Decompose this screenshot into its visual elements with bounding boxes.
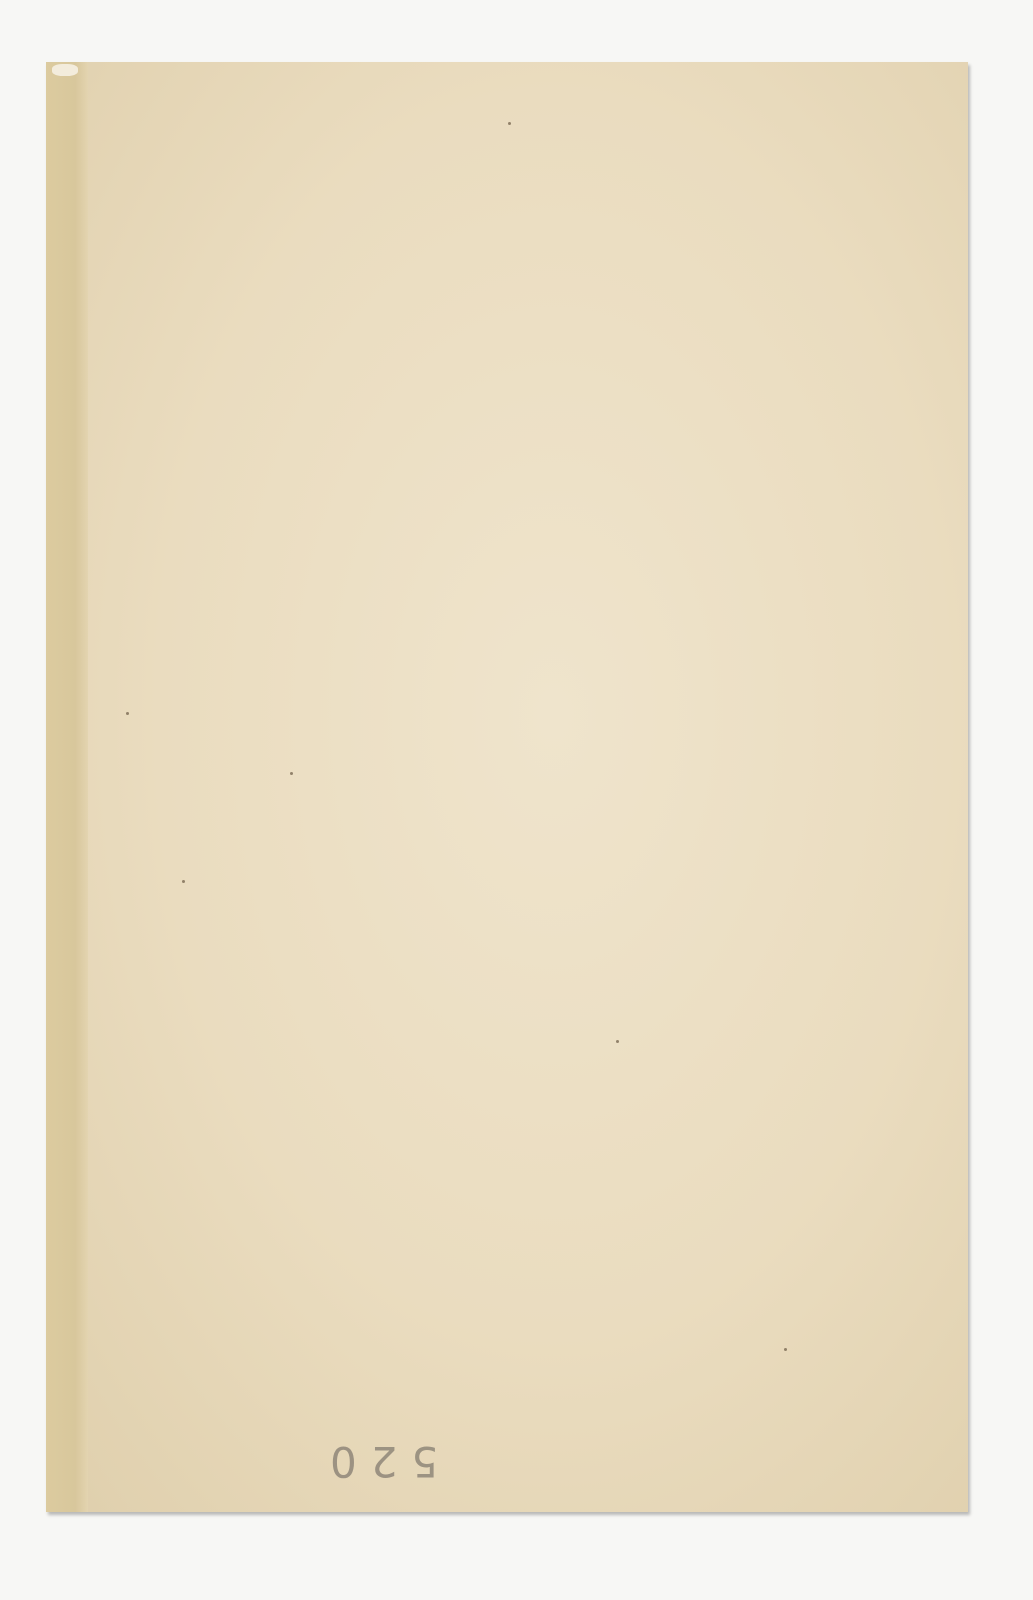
speck [290, 772, 293, 775]
speck [126, 712, 129, 715]
card-edge-strip [46, 62, 88, 1512]
speck [182, 880, 185, 883]
speck [616, 1040, 619, 1043]
card-back: 520 [46, 62, 968, 1512]
worn-corner [52, 64, 78, 76]
speck [508, 122, 511, 125]
pencil-inscription: 520 [316, 1437, 438, 1486]
speck [784, 1348, 787, 1351]
